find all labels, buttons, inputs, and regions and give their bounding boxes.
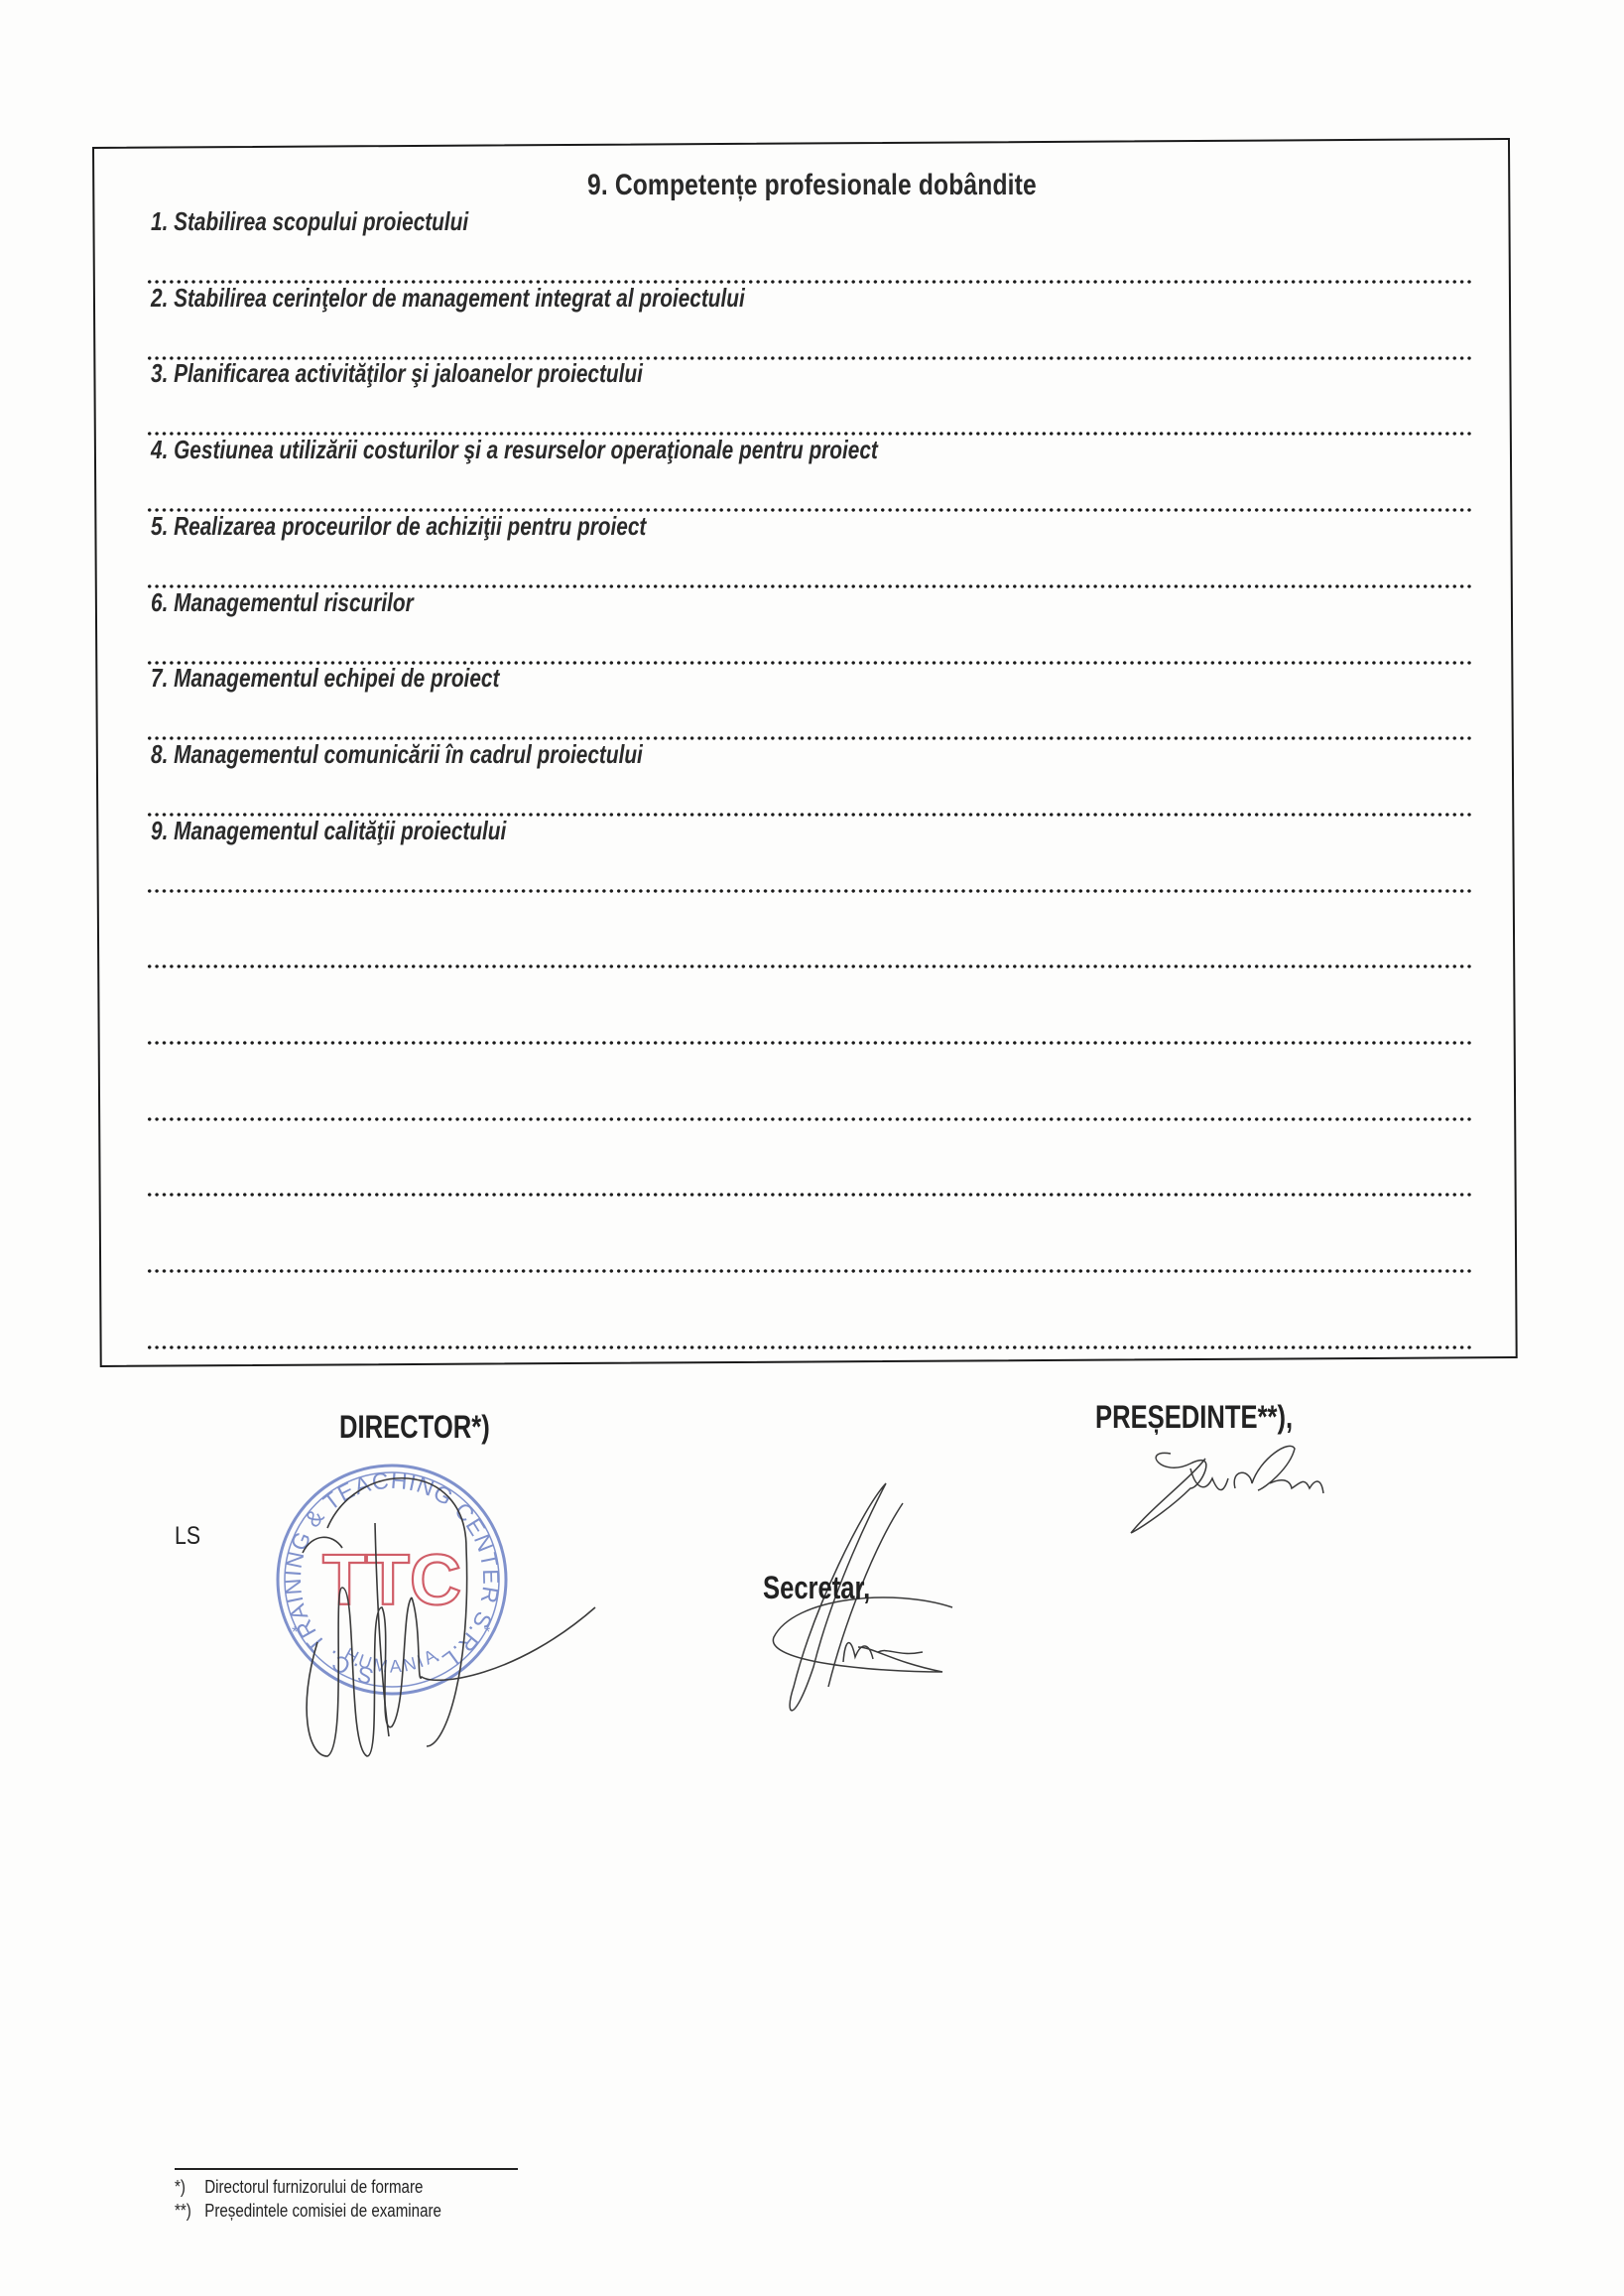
stamp-outer-ring	[278, 1466, 506, 1694]
footnote-mark: *)	[175, 2177, 204, 2198]
footnote-presedinte: **)Președintele comisiei de examinare	[175, 2201, 441, 2222]
footnote-mark: **)	[175, 2201, 204, 2222]
footnote-text: Directorul furnizorului de formare	[204, 2177, 423, 2197]
dotted-answer-line	[146, 964, 1472, 968]
presedinte-label: PREȘEDINTE**),	[1095, 1399, 1293, 1436]
stamp-center-text: TTC	[322, 1541, 461, 1620]
competence-item: 4. Gestiunea utilizării costurilor şi a …	[151, 435, 878, 465]
competence-item: 1. Stabilirea scopului proiectului	[151, 206, 468, 237]
section-title: 9. Competențe profesionale dobândite	[146, 169, 1477, 202]
stamp-star-right: *	[484, 1624, 490, 1641]
competence-item: 6. Managementul riscurilor	[151, 587, 414, 618]
dotted-answer-line	[146, 1269, 1472, 1273]
footnote-rule	[175, 2168, 518, 2170]
dotted-answer-line	[146, 1117, 1472, 1121]
stamp-star-left: *	[292, 1624, 298, 1641]
dotted-answer-line	[146, 1345, 1472, 1349]
competence-item: 5. Realizarea proceurilor de achiziţii p…	[151, 511, 646, 542]
dotted-answer-line	[146, 1041, 1472, 1045]
presedinte-signature	[1131, 1446, 1323, 1533]
competence-item: 2. Stabilirea cerinţelor de management i…	[151, 283, 745, 314]
stamp-bottom-text: HUMANIA	[341, 1644, 442, 1677]
secretar-label: Secretar,	[763, 1570, 870, 1606]
dotted-answer-line	[146, 1193, 1472, 1197]
dotted-answer-line	[146, 889, 1472, 893]
competence-item: 8. Managementul comunicării în cadrul pr…	[151, 739, 643, 770]
footnote-director: *)Directorul furnizorului de formare	[175, 2177, 423, 2198]
stamp-inner-ring	[285, 1472, 499, 1687]
competence-item: 9. Managementul calităţii proiectului	[151, 816, 506, 846]
ls-label: LS	[175, 1522, 200, 1551]
director-label: DIRECTOR*)	[339, 1409, 490, 1446]
footnote-text: Președintele comisiei de examinare	[204, 2201, 441, 2221]
competence-item: 3. Planificarea activităţilor şi jaloane…	[151, 358, 643, 389]
stamp-ring-text: S.C. TRAINING & TEACHING CENTER S.R.L.	[280, 1467, 505, 1690]
competence-item: 7. Managementul echipei de proiect	[151, 663, 499, 694]
director-signature	[303, 1478, 595, 1756]
